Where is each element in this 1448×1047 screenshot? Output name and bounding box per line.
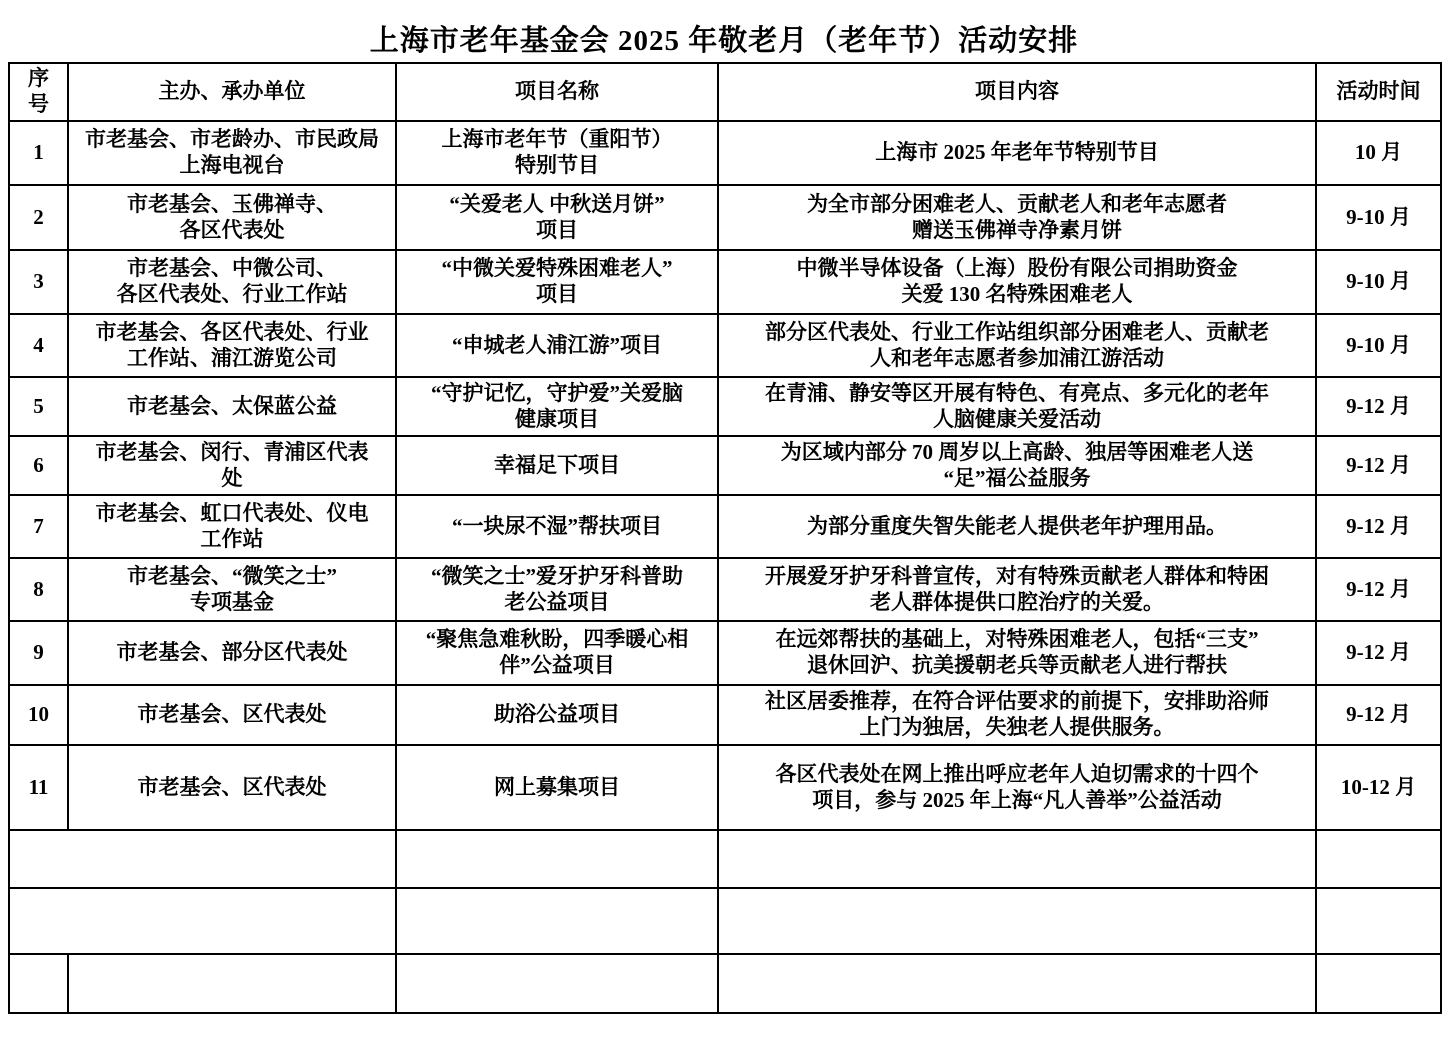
time-cell: 9-10 月 [1316, 185, 1441, 250]
empty-cell [396, 888, 718, 954]
empty-cell [9, 830, 396, 888]
time-cell: 9-12 月 [1316, 495, 1441, 558]
organizer-cell: 市老基会、玉佛禅寺、 各区代表处 [68, 185, 396, 250]
project-name-cell: “聚焦急难秋盼，四季暖心相 伴”公益项目 [396, 621, 718, 685]
header-seq-no: 序 号 [9, 63, 68, 121]
time-cell: 10 月 [1316, 121, 1441, 185]
organizer-cell: 市老基会、区代表处 [68, 745, 396, 830]
project-content-cell: 为全市部分困难老人、贡献老人和老年志愿者 赠送玉佛禅寺净素月饼 [718, 185, 1316, 250]
time-cell: 9-12 月 [1316, 558, 1441, 621]
row-number-cell: 5 [9, 377, 68, 436]
project-name-cell: 网上募集项目 [396, 745, 718, 830]
project-name-cell: “中微关爱特殊困难老人” 项目 [396, 250, 718, 314]
time-cell: 10-12 月 [1316, 745, 1441, 830]
table-row: 8市老基会、“微笑之士” 专项基金“微笑之士”爱牙护牙科普助 老公益项目开展爱牙… [9, 558, 1441, 621]
row-number-cell: 2 [9, 185, 68, 250]
organizer-cell: 市老基会、虹口代表处、仪电 工作站 [68, 495, 396, 558]
header-row: 序 号 主办、承办单位 项目名称 项目内容 活动时间 [9, 63, 1441, 121]
project-name-cell: “一块尿不湿”帮扶项目 [396, 495, 718, 558]
header-organizer: 主办、承办单位 [68, 63, 396, 121]
row-number-cell: 8 [9, 558, 68, 621]
table-row: 4市老基会、各区代表处、行业 工作站、浦江游览公司“申城老人浦江游”项目部分区代… [9, 314, 1441, 377]
row-number-cell: 4 [9, 314, 68, 377]
empty-cell [68, 954, 396, 1013]
table-row: 5市老基会、太保蓝公益“守护记忆，守护爱”关爱脑 健康项目在青浦、静安等区开展有… [9, 377, 1441, 436]
project-name-cell: “守护记忆，守护爱”关爱脑 健康项目 [396, 377, 718, 436]
empty-cell [718, 830, 1316, 888]
project-content-cell: 开展爱牙护牙科普宣传，对有特殊贡献老人群体和特困 老人群体提供口腔治疗的关爱。 [718, 558, 1316, 621]
empty-table-row [9, 954, 1441, 1013]
empty-cell [9, 954, 68, 1013]
project-content-cell: 上海市 2025 年老年节特别节目 [718, 121, 1316, 185]
time-cell: 9-10 月 [1316, 314, 1441, 377]
table-row: 1市老基会、市老龄办、市民政局 上海电视台上海市老年节（重阳节） 特别节目上海市… [9, 121, 1441, 185]
empty-cell [396, 830, 718, 888]
empty-table-row [9, 830, 1441, 888]
activity-table: 序 号 主办、承办单位 项目名称 项目内容 活动时间 1市老基会、市老龄办、市民… [8, 62, 1442, 1014]
organizer-cell: 市老基会、区代表处 [68, 685, 396, 745]
project-content-cell: 在远郊帮扶的基础上，对特殊困难老人，包括“三支” 退休回沪、抗美援朝老兵等贡献老… [718, 621, 1316, 685]
table-row: 10市老基会、区代表处助浴公益项目社区居委推荐，在符合评估要求的前提下，安排助浴… [9, 685, 1441, 745]
empty-cell [396, 954, 718, 1013]
header-activity-time: 活动时间 [1316, 63, 1441, 121]
empty-cell [1316, 888, 1441, 954]
project-name-cell: 助浴公益项目 [396, 685, 718, 745]
table-row: 3市老基会、中微公司、 各区代表处、行业工作站“中微关爱特殊困难老人” 项目中微… [9, 250, 1441, 314]
project-content-cell: 社区居委推荐，在符合评估要求的前提下，安排助浴师 上门为独居，失独老人提供服务。 [718, 685, 1316, 745]
page-title: 上海市老年基金会 2025 年敬老月（老年节）活动安排 [0, 0, 1448, 62]
project-content-cell: 为部分重度失智失能老人提供老年护理用品。 [718, 495, 1316, 558]
organizer-cell: 市老基会、“微笑之士” 专项基金 [68, 558, 396, 621]
empty-cell [1316, 830, 1441, 888]
project-name-cell: “申城老人浦江游”项目 [396, 314, 718, 377]
project-name-cell: “微笑之士”爱牙护牙科普助 老公益项目 [396, 558, 718, 621]
project-name-cell: “关爱老人 中秋送月饼” 项目 [396, 185, 718, 250]
organizer-cell: 市老基会、闵行、青浦区代表 处 [68, 436, 396, 495]
table-row: 7市老基会、虹口代表处、仪电 工作站“一块尿不湿”帮扶项目为部分重度失智失能老人… [9, 495, 1441, 558]
table-row: 2市老基会、玉佛禅寺、 各区代表处“关爱老人 中秋送月饼” 项目为全市部分困难老… [9, 185, 1441, 250]
document-page: 上海市老年基金会 2025 年敬老月（老年节）活动安排 序 号 主办、承办单位 … [0, 0, 1448, 1047]
row-number-cell: 1 [9, 121, 68, 185]
organizer-cell: 市老基会、部分区代表处 [68, 621, 396, 685]
project-content-cell: 中微半导体设备（上海）股份有限公司捐助资金 关爱 130 名特殊困难老人 [718, 250, 1316, 314]
project-name-cell: 幸福足下项目 [396, 436, 718, 495]
project-content-cell: 部分区代表处、行业工作站组织部分困难老人、贡献老 人和老年志愿者参加浦江游活动 [718, 314, 1316, 377]
organizer-cell: 市老基会、太保蓝公益 [68, 377, 396, 436]
time-cell: 9-12 月 [1316, 436, 1441, 495]
row-number-cell: 3 [9, 250, 68, 314]
organizer-cell: 市老基会、各区代表处、行业 工作站、浦江游览公司 [68, 314, 396, 377]
empty-cell [718, 888, 1316, 954]
header-project-content: 项目内容 [718, 63, 1316, 121]
empty-cell [718, 954, 1316, 1013]
organizer-cell: 市老基会、市老龄办、市民政局 上海电视台 [68, 121, 396, 185]
table-body: 1市老基会、市老龄办、市民政局 上海电视台上海市老年节（重阳节） 特别节目上海市… [9, 121, 1441, 1013]
empty-cell [9, 888, 396, 954]
time-cell: 9-12 月 [1316, 621, 1441, 685]
empty-table-row [9, 888, 1441, 954]
table-row: 11市老基会、区代表处网上募集项目各区代表处在网上推出呼应老年人迫切需求的十四个… [9, 745, 1441, 830]
row-number-cell: 11 [9, 745, 68, 830]
time-cell: 9-12 月 [1316, 377, 1441, 436]
row-number-cell: 9 [9, 621, 68, 685]
project-name-cell: 上海市老年节（重阳节） 特别节目 [396, 121, 718, 185]
row-number-cell: 10 [9, 685, 68, 745]
empty-cell [1316, 954, 1441, 1013]
project-content-cell: 各区代表处在网上推出呼应老年人迫切需求的十四个 项目，参与 2025 年上海“凡… [718, 745, 1316, 830]
row-number-cell: 7 [9, 495, 68, 558]
table-row: 9市老基会、部分区代表处“聚焦急难秋盼，四季暖心相 伴”公益项目在远郊帮扶的基础… [9, 621, 1441, 685]
organizer-cell: 市老基会、中微公司、 各区代表处、行业工作站 [68, 250, 396, 314]
row-number-cell: 6 [9, 436, 68, 495]
time-cell: 9-12 月 [1316, 685, 1441, 745]
table-row: 6市老基会、闵行、青浦区代表 处幸福足下项目为区域内部分 70 周岁以上高龄、独… [9, 436, 1441, 495]
project-content-cell: 为区域内部分 70 周岁以上高龄、独居等困难老人送 “足”福公益服务 [718, 436, 1316, 495]
time-cell: 9-10 月 [1316, 250, 1441, 314]
header-project-name: 项目名称 [396, 63, 718, 121]
project-content-cell: 在青浦、静安等区开展有特色、有亮点、多元化的老年 人脑健康关爱活动 [718, 377, 1316, 436]
